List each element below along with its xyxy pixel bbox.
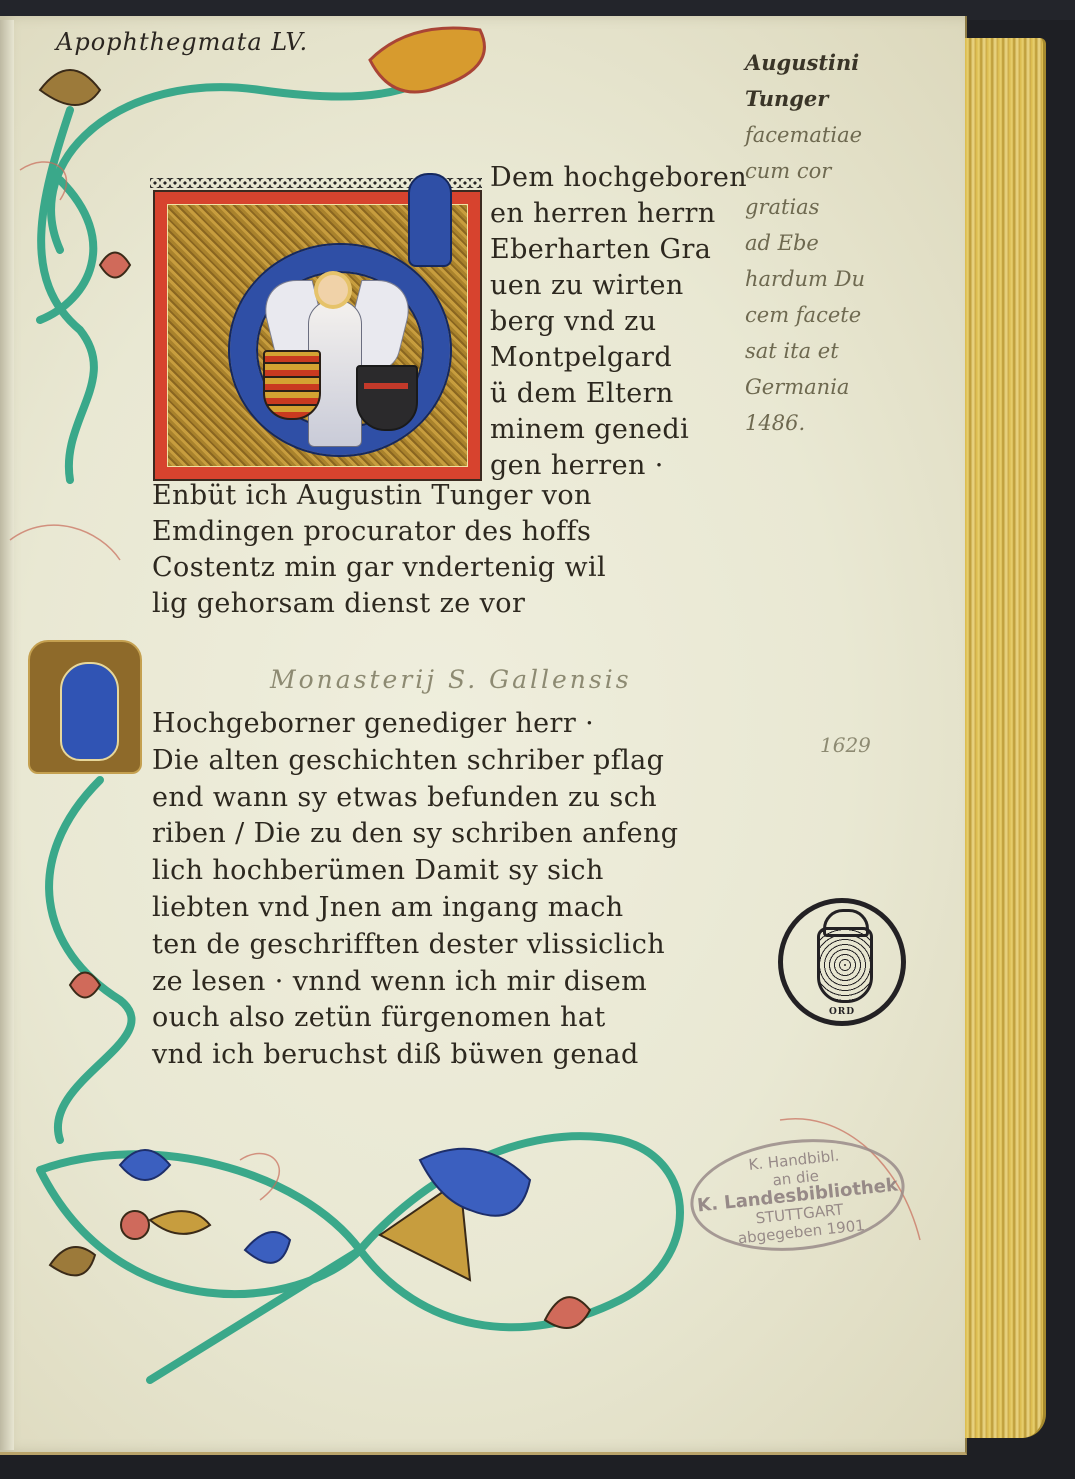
coat-of-arms-left-icon bbox=[263, 350, 321, 420]
text-line: ü dem Eltern bbox=[490, 376, 747, 412]
page-edges-stack bbox=[965, 38, 1046, 1438]
text-line: Hochgeborner genediger herr · bbox=[152, 706, 679, 743]
text-line: en herren herrn bbox=[490, 196, 747, 232]
stamp-bottom-text: ORD bbox=[783, 1007, 901, 1017]
folio-heading: Apophthegmata LV. bbox=[56, 28, 308, 56]
text-line: uen zu wirten bbox=[490, 268, 747, 304]
marginal-note-line: Germania bbox=[745, 369, 955, 405]
marginal-note-line: Tunger bbox=[745, 81, 955, 117]
second-initial-h bbox=[28, 640, 142, 774]
illuminated-initial bbox=[153, 190, 482, 481]
greeting-block: Enbüt ich Augustin Tunger von Emdingen p… bbox=[152, 478, 606, 622]
text-line: Montpelgard bbox=[490, 340, 747, 376]
marginal-note: Augustini Tunger facematiae cum cor grat… bbox=[745, 45, 955, 441]
marginal-note-line: 1486. bbox=[745, 405, 955, 441]
initial-letter-h-icon bbox=[60, 662, 119, 761]
text-line: vnd ich beruchst diß büwen genad bbox=[152, 1037, 679, 1074]
marginal-note-line: ad Ebe bbox=[745, 225, 955, 261]
marginal-note-line: hardum Du bbox=[745, 261, 955, 297]
body-text-block: Hochgeborner genediger herr · Die alten … bbox=[152, 706, 679, 1074]
page-gutter bbox=[0, 20, 14, 1450]
marginal-note-line: Augustini bbox=[745, 45, 955, 81]
text-line: Eberharten Gra bbox=[490, 232, 747, 268]
text-line: ouch also zetün fürgenomen hat bbox=[152, 1000, 679, 1037]
text-line: Emdingen procurator des hoffs bbox=[152, 514, 606, 550]
text-line: minem genedi bbox=[490, 412, 747, 448]
marginal-note-line: cem facete bbox=[745, 297, 955, 333]
ownership-annotation: Monasterij S. Gallensis bbox=[270, 665, 632, 694]
library-stamp-round: ORD bbox=[778, 898, 906, 1026]
coat-of-arms-right-icon bbox=[356, 365, 418, 431]
text-line: Costentz min gar vndertenig wil bbox=[152, 550, 606, 586]
angel-head-icon bbox=[318, 275, 348, 305]
text-line: ten de geschrifften dester vlissiclich bbox=[152, 927, 679, 964]
text-line: end wann sy etwas befunden zu sch bbox=[152, 780, 679, 817]
marginal-note-line: sat ita et bbox=[745, 333, 955, 369]
text-line: Enbüt ich Augustin Tunger von bbox=[152, 478, 606, 514]
text-line: lig gehorsam dienst ze vor bbox=[152, 586, 606, 622]
marginal-note-line: cum cor bbox=[745, 153, 955, 189]
text-line: ze lesen · vnnd wenn ich mir disem bbox=[152, 964, 679, 1001]
initial-letter-ascender bbox=[408, 173, 452, 267]
text-line: berg vnd zu bbox=[490, 304, 747, 340]
crest-shield-icon bbox=[817, 927, 873, 1003]
text-line: riben / Die zu den sy schriben anfeng bbox=[152, 816, 679, 853]
marginal-note-line: facematiae bbox=[745, 117, 955, 153]
ownership-year: 1629 bbox=[820, 733, 871, 757]
gold-ground bbox=[167, 204, 468, 467]
text-line: Die alten geschichten schriber pflag bbox=[152, 743, 679, 780]
text-line: lich hochberümen Damit sy sich bbox=[152, 853, 679, 890]
dedication-block: Dem hochgeboren en herren herrn Eberhart… bbox=[490, 160, 747, 484]
marginal-note-line: gratias bbox=[745, 189, 955, 225]
text-line: Dem hochgeboren bbox=[490, 160, 747, 196]
text-line: liebten vnd Jnen am ingang mach bbox=[152, 890, 679, 927]
